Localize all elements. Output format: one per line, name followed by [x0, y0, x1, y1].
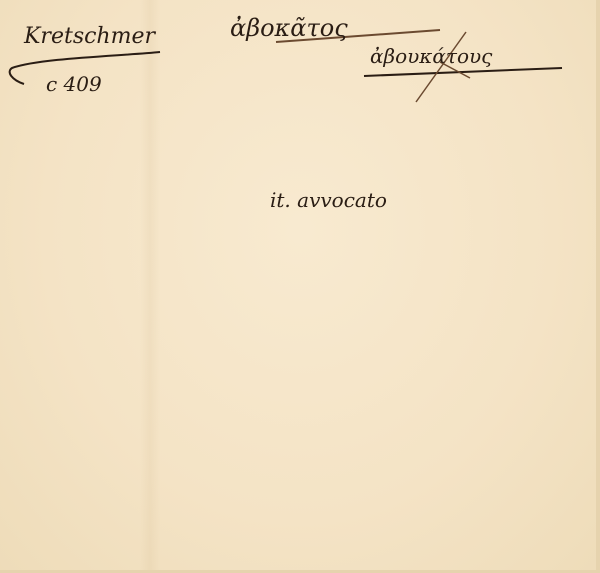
headword: ἀβοκᾶτος — [230, 14, 348, 42]
author-name: Kretschmer — [24, 24, 155, 49]
index-card: Kretschmer c 409 ἀβοκᾶτος ἀβουκάτους it.… — [0, 0, 600, 573]
etymology-note: it. avvocato — [270, 188, 387, 212]
variant-form: ἀβουκάτους — [370, 44, 492, 68]
reference-number: c 409 — [46, 72, 102, 96]
